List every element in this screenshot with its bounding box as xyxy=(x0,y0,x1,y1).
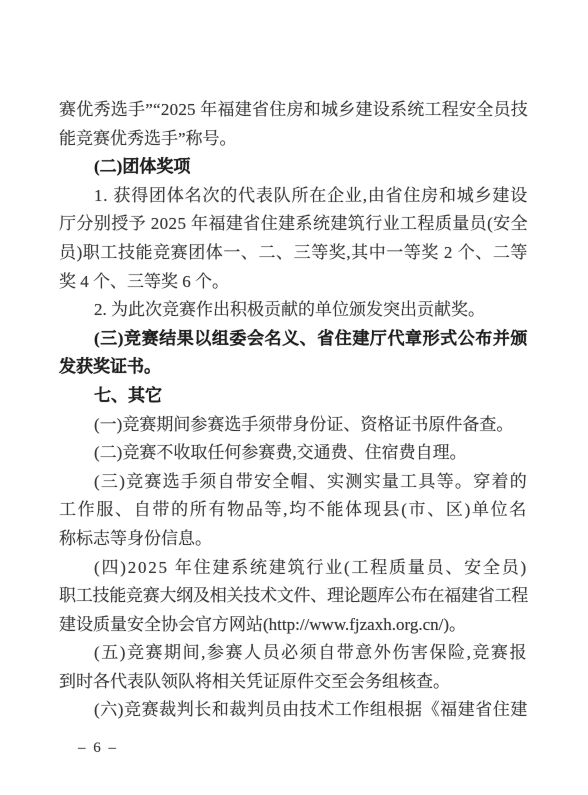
text-line-content: 工作服、自带的所有物品等,均不能体现县(市、区)单位名 xyxy=(59,496,528,525)
text-line: 能竞赛优秀选手”称号。 xyxy=(59,125,528,154)
text-line-content: 员)职工技能竞赛团体一、二、三等奖,其中一等奖 2 个、二等 xyxy=(59,239,528,268)
text-line: 到时各代表队领队将相关凭证原件交至会务组核查。 xyxy=(59,668,528,697)
text-line-content: 建设质量安全协会官方网站(http://www.fjzaxh.org.cn/)。 xyxy=(59,611,466,640)
text-line-content: 七、其它 xyxy=(94,382,162,411)
text-line: 厅分别授予 2025 年福建省住建系统建筑行业工程质量员(安全 xyxy=(59,210,528,239)
text-line: 2. 为此次竞赛作出积极贡献的单位颁发突出贡献奖。 xyxy=(59,296,528,325)
document-body: 赛优秀选手”“2025 年福建省住房和城乡建设系统工程安全员技能竞赛优秀选手”称… xyxy=(59,96,528,725)
text-line: 1. 获得团体名次的代表队所在企业,由省住房和城乡建设 xyxy=(59,182,528,211)
text-line-content: 赛优秀选手”“2025 年福建省住房和城乡建设系统工程安全员技 xyxy=(59,96,528,125)
text-line-content: (六)竞赛裁判长和裁判员由技术工作组根据《福建省住建 xyxy=(94,696,528,725)
text-line: 奖 4 个、三等奖 6 个。 xyxy=(59,268,528,297)
text-line-content: (二)团体奖项 xyxy=(94,153,190,182)
page-number: – 6 – xyxy=(78,738,118,758)
text-line: 七、其它 xyxy=(59,382,528,411)
text-line-content: 称标志等身份信息。 xyxy=(59,525,212,554)
text-line-content: 2. 为此次竞赛作出积极贡献的单位颁发突出贡献奖。 xyxy=(94,296,485,325)
text-line: (五)竞赛期间,参赛人员必须自带意外伤害保险,竞赛报 xyxy=(59,639,528,668)
text-line-content: (三)竞赛结果以组委会名义、省住建厅代章形式公布并颁 xyxy=(94,325,528,354)
text-line-content: (一)竞赛期间参赛选手须带身份证、资格证书原件备查。 xyxy=(94,411,513,440)
text-line: (三)竞赛选手须自带安全帽、实测实量工具等。穿着的 xyxy=(59,468,528,497)
text-line: (一)竞赛期间参赛选手须带身份证、资格证书原件备查。 xyxy=(59,411,528,440)
text-line: 发获奖证书。 xyxy=(59,353,528,382)
text-line-content: 奖 4 个、三等奖 6 个。 xyxy=(59,268,229,297)
text-line-content: 能竞赛优秀选手”称号。 xyxy=(59,125,237,154)
text-line-content: (二)竞赛不收取任何参赛费,交通费、住宿费自理。 xyxy=(94,439,467,468)
text-line: (二)竞赛不收取任何参赛费,交通费、住宿费自理。 xyxy=(59,439,528,468)
text-line: 赛优秀选手”“2025 年福建省住房和城乡建设系统工程安全员技 xyxy=(59,96,528,125)
text-line-content: 职工技能竞赛大纲及相关技术文件、理论题库公布在福建省工程 xyxy=(59,582,528,611)
text-line: (三)竞赛结果以组委会名义、省住建厅代章形式公布并颁 xyxy=(59,325,528,354)
text-line: 建设质量安全协会官方网站(http://www.fjzaxh.org.cn/)。 xyxy=(59,611,528,640)
text-line-content: 发获奖证书。 xyxy=(59,353,161,382)
text-line: 工作服、自带的所有物品等,均不能体现县(市、区)单位名 xyxy=(59,496,528,525)
text-line: (六)竞赛裁判长和裁判员由技术工作组根据《福建省住建 xyxy=(59,696,528,725)
text-line-content: (三)竞赛选手须自带安全帽、实测实量工具等。穿着的 xyxy=(94,468,528,497)
text-line: (二)团体奖项 xyxy=(59,153,528,182)
text-line-content: (五)竞赛期间,参赛人员必须自带意外伤害保险,竞赛报 xyxy=(94,639,528,668)
text-line: 员)职工技能竞赛团体一、二、三等奖,其中一等奖 2 个、二等 xyxy=(59,239,528,268)
text-line-content: 到时各代表队领队将相关凭证原件交至会务组核查。 xyxy=(59,668,450,697)
text-line-content: 1. 获得团体名次的代表队所在企业,由省住房和城乡建设 xyxy=(94,182,528,211)
text-line-content: (四)2025 年住建系统建筑行业(工程质量员、安全员) xyxy=(94,554,528,583)
document-page: 赛优秀选手”“2025 年福建省住房和城乡建设系统工程安全员技能竞赛优秀选手”称… xyxy=(0,0,588,795)
text-line: (四)2025 年住建系统建筑行业(工程质量员、安全员) xyxy=(59,554,528,583)
text-line: 职工技能竞赛大纲及相关技术文件、理论题库公布在福建省工程 xyxy=(59,582,528,611)
text-line: 称标志等身份信息。 xyxy=(59,525,528,554)
text-line-content: 厅分别授予 2025 年福建省住建系统建筑行业工程质量员(安全 xyxy=(59,210,528,239)
